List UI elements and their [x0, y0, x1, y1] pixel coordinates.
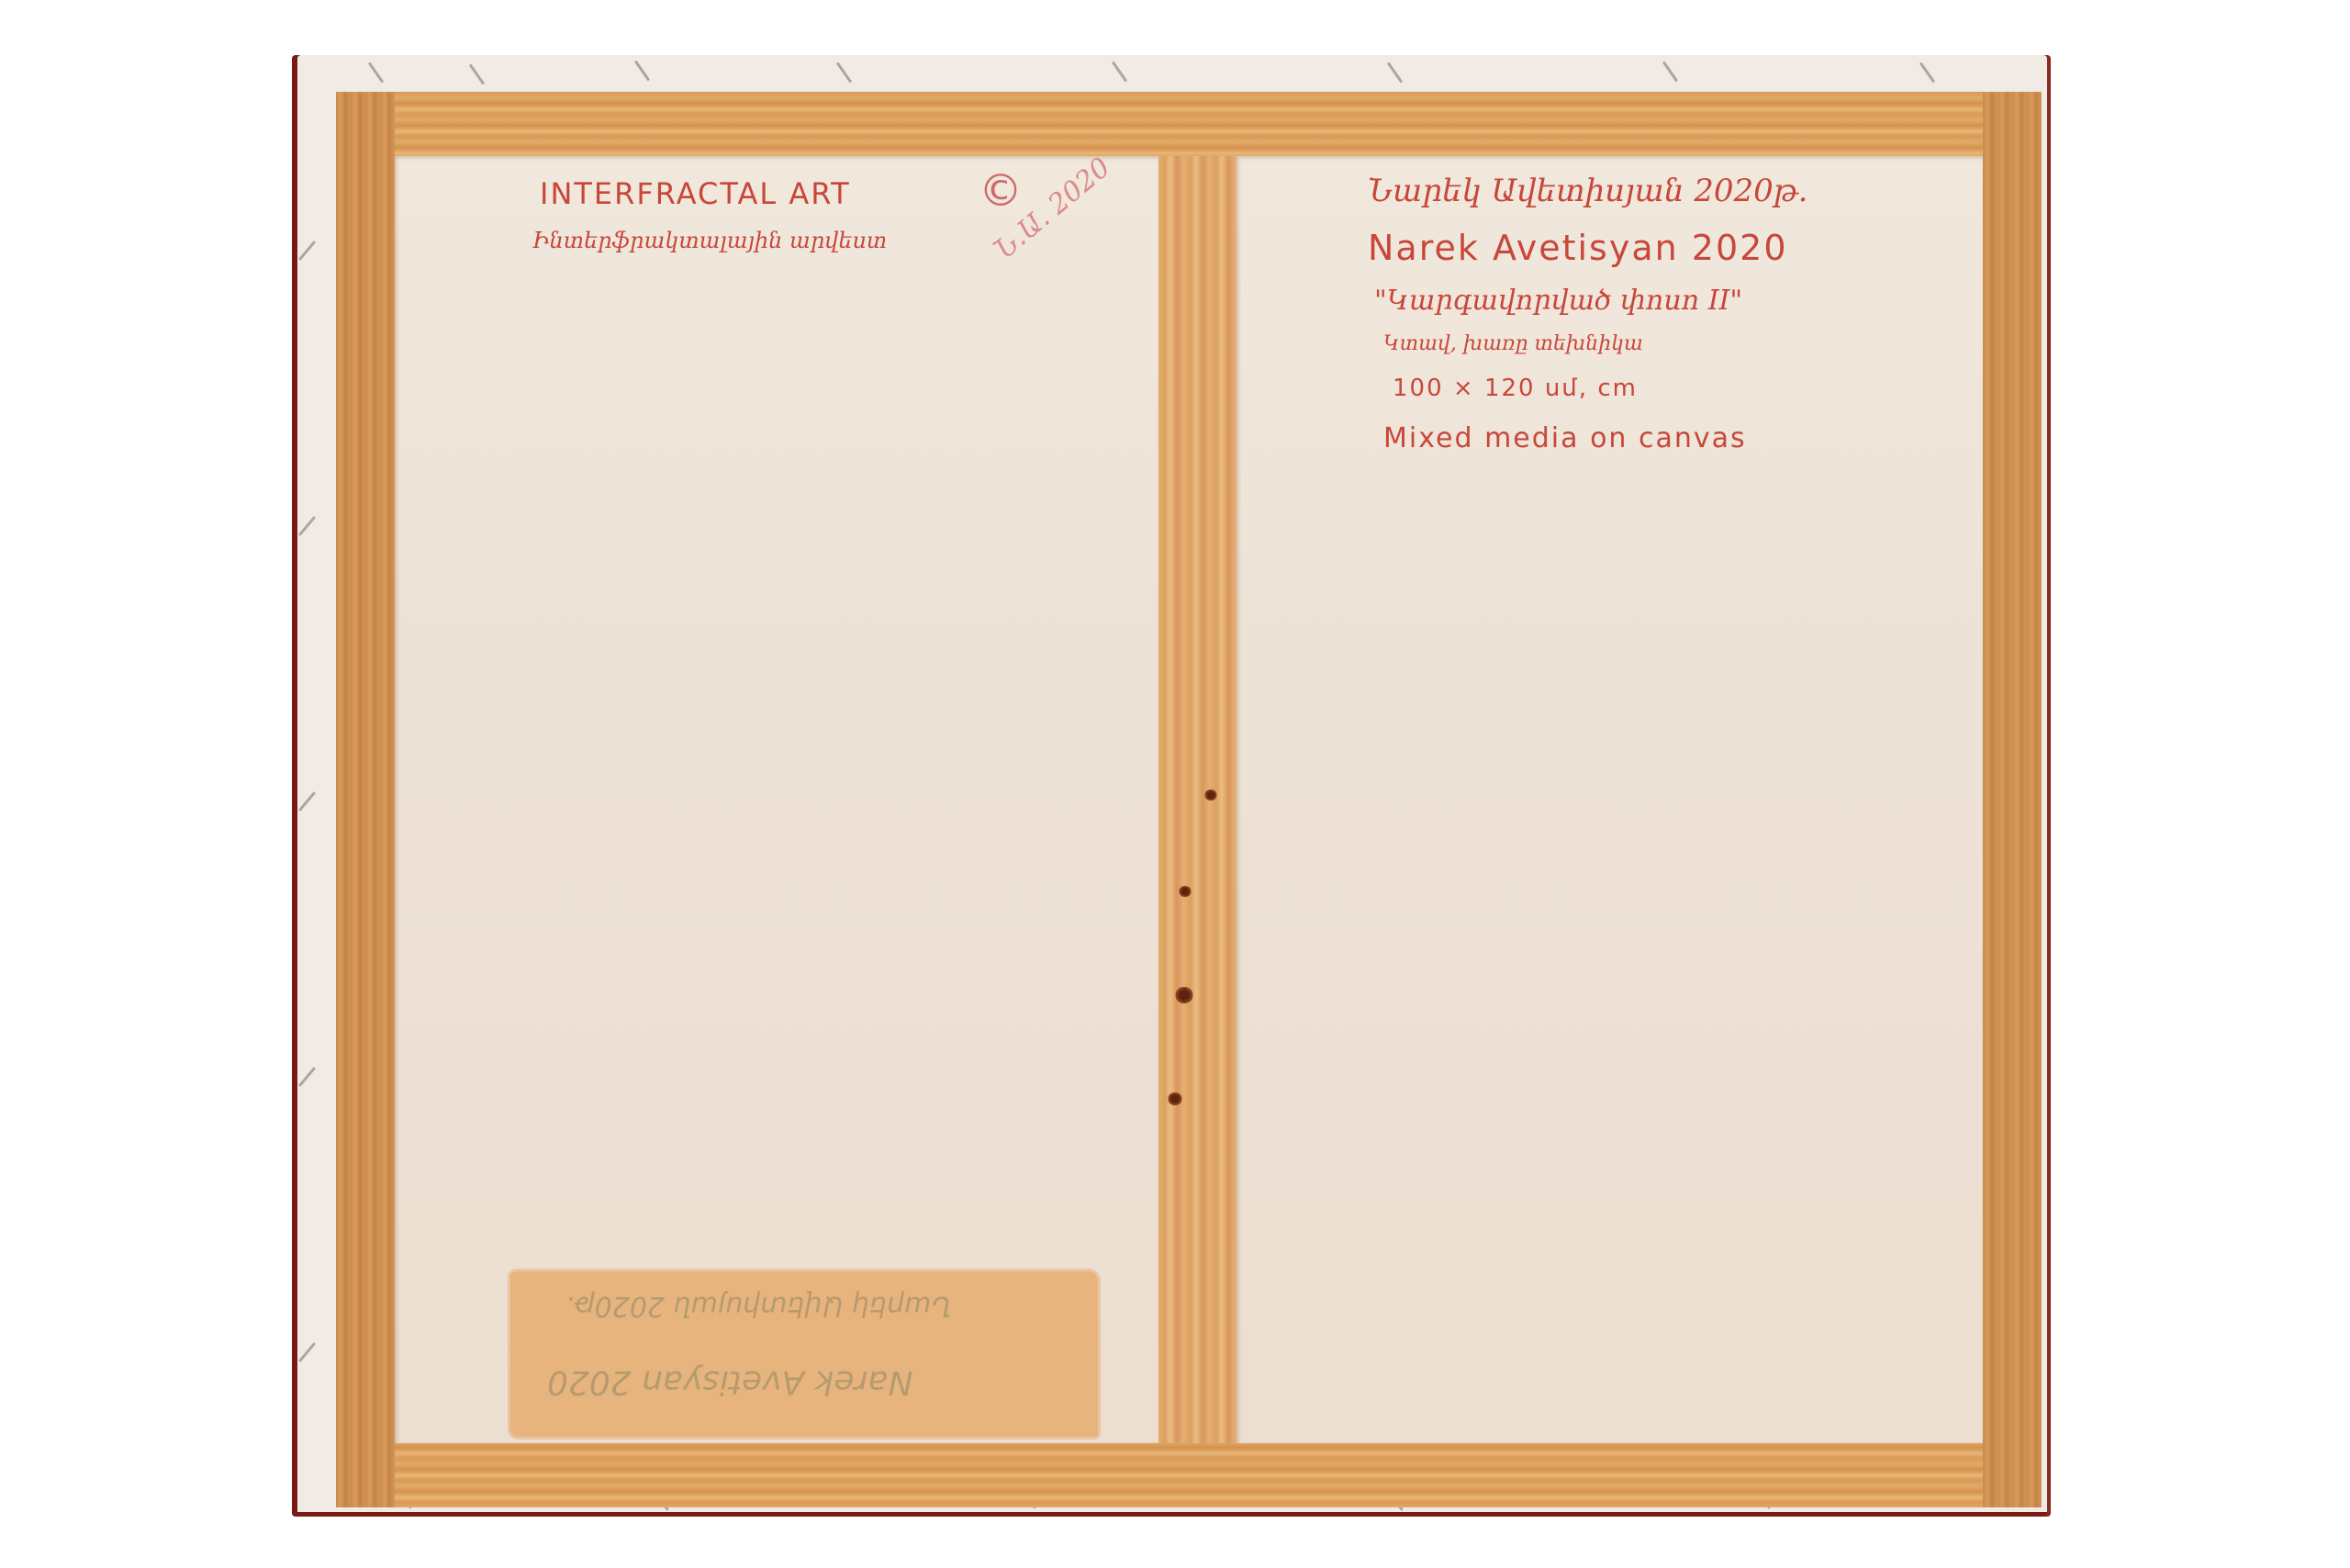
staple — [368, 62, 384, 83]
wood-knot — [1168, 1092, 1182, 1105]
staple — [1387, 62, 1403, 83]
stretcher-center-bar — [1158, 156, 1237, 1443]
tape-pencil-line-2: Նարեկ Ավետիսյան 2020թ. — [565, 1290, 951, 1322]
canvas-panel-left: INTERFRACTAL ART Ինտերֆրակտալային արվեստ… — [395, 156, 1158, 1443]
armenian-medium-line: Կտավ, խառը տեխնիկա — [1383, 332, 1643, 355]
staple — [298, 791, 316, 812]
wood-knot — [1179, 886, 1192, 897]
staple — [1919, 62, 1935, 83]
armenian-subtitle: Ինտերֆրակտալային արվեստ — [532, 228, 887, 253]
staple — [298, 1342, 316, 1362]
masking-tape-label: Narek Avetisyan 2020 Նարեկ Ավետիսյան 202… — [510, 1271, 1098, 1437]
dimensions-line: 100 × 120 սմ, cm — [1393, 375, 1638, 402]
staple — [298, 1067, 316, 1087]
staple — [1662, 61, 1678, 82]
staple — [634, 60, 650, 81]
copyright-mark: © — [979, 165, 1024, 217]
artwork-title-line: "Կարգավորված փոսո II" — [1374, 285, 1742, 317]
stretcher-left-bar — [336, 92, 395, 1507]
tape-pencil-line-1: Narek Avetisyan 2020 — [547, 1363, 912, 1401]
staple — [298, 516, 316, 536]
staple — [298, 241, 316, 261]
interfractal-art-title: INTERFRACTAL ART — [540, 176, 851, 211]
armenian-artist-line: Նարեկ Ավետիսյան 2020թ. — [1368, 173, 1807, 209]
artist-name-line: Narek Avetisyan 2020 — [1368, 228, 1788, 268]
medium-line: Mixed media on canvas — [1383, 422, 1747, 454]
stretcher-right-bar — [1983, 92, 2042, 1507]
staple — [469, 63, 485, 84]
wood-knot — [1204, 790, 1217, 801]
canvas-panel-right: Նարեկ Ավետիսյան 2020թ. Narek Avetisyan 2… — [1237, 156, 1983, 1443]
staple — [836, 62, 852, 83]
wood-knot — [1175, 987, 1193, 1003]
staple — [1112, 61, 1127, 82]
